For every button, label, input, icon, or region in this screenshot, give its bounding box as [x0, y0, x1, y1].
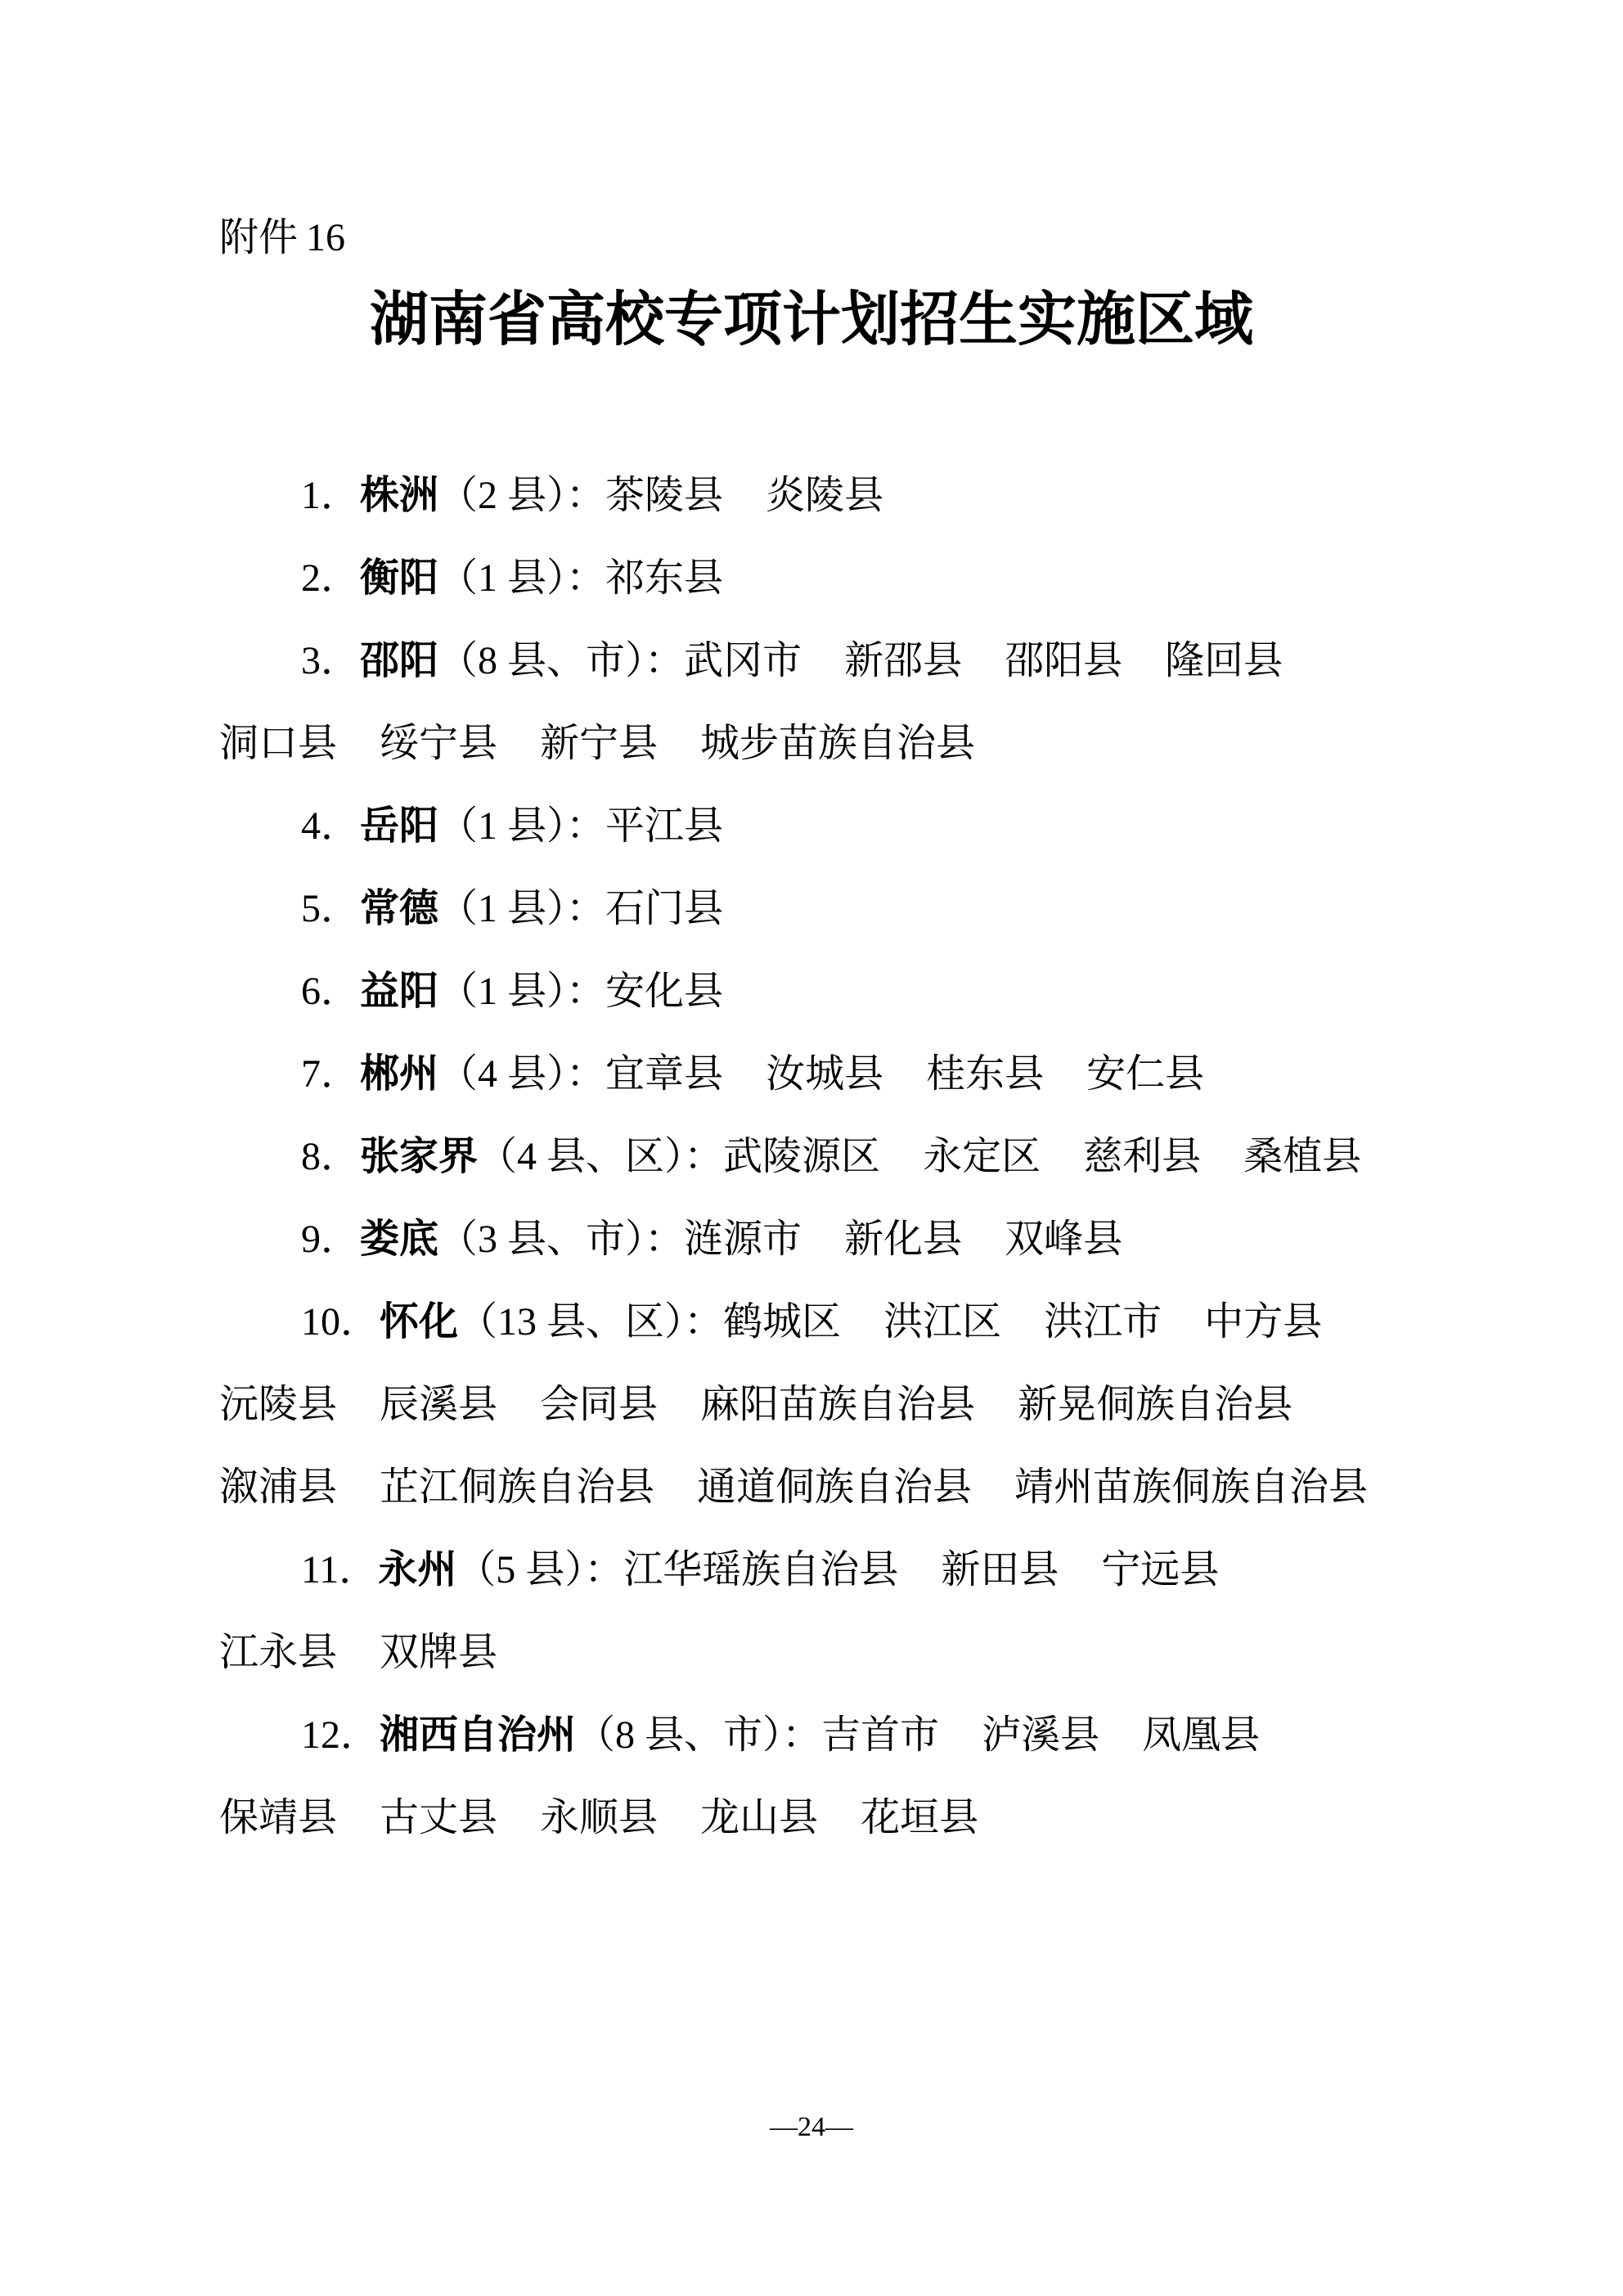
region-item: 12．湘西自治州（8 县、市）：吉首市泸溪县凤凰县保靖县古丈县永顺县龙山县花垣县 [219, 1694, 1414, 1859]
region-county-count: （1 县）： [438, 556, 605, 600]
region-city-name: 怀化 [380, 1299, 458, 1344]
county-name: 花垣县 [861, 1776, 978, 1859]
region-index: 9． [301, 1218, 360, 1261]
region-county-count: （1 县）： [438, 887, 605, 930]
county-name: 新化县 [844, 1198, 962, 1281]
county-name: 永定区 [923, 1115, 1041, 1198]
region-county-count: （5 县）： [456, 1548, 623, 1591]
region-heading-line: 11．永州（5 县）：江华瑶族自治县新田县宁远县 [219, 1528, 1414, 1611]
region-heading-line: 3．邵阳（8 县、市）：武冈市新邵县邵阳县隆回县 [219, 619, 1414, 702]
attachment-number: 16 [306, 216, 345, 259]
county-name: 双牌县 [380, 1611, 497, 1694]
region-city-name: 株洲 [360, 472, 438, 518]
county-name: 永顺县 [540, 1776, 658, 1859]
region-continuation-line: 洞口县绥宁县新宁县城步苗族自治县 [219, 702, 1414, 785]
county-name: 古丈县 [380, 1776, 497, 1859]
county-name: 通道侗族自治县 [697, 1446, 972, 1528]
region-item: 7．郴州（4 县）：宜章县汝城县桂东县安仁县 [219, 1033, 1414, 1115]
region-city-name: 益阳 [360, 968, 438, 1014]
region-city-name: 邵阳 [360, 637, 438, 683]
county-name: 安化县 [605, 950, 723, 1033]
county-name: 辰溪县 [380, 1363, 497, 1446]
region-county-count: （3 县、市）： [438, 1218, 684, 1261]
region-city-name: 张家界 [360, 1133, 478, 1179]
county-name: 涟源市 [684, 1198, 802, 1281]
region-heading-line: 5．常德（1 县）：石门县 [219, 867, 1414, 950]
region-index: 12． [301, 1713, 380, 1757]
county-name: 溆浦县 [219, 1446, 337, 1528]
region-city-name: 永州 [378, 1546, 456, 1592]
county-name: 中方县 [1204, 1281, 1322, 1363]
region-item: 10．怀化（13 县、区）：鹤城区洪江区洪江市中方县沅陵县辰溪县会同县麻阳苗族自… [219, 1281, 1414, 1528]
county-name: 保靖县 [219, 1776, 337, 1859]
county-name: 宁远县 [1101, 1528, 1219, 1611]
region-county-count: （2 县）： [438, 474, 605, 517]
attachment-label: 附件16 [219, 211, 345, 264]
county-name: 洪江市 [1044, 1281, 1162, 1363]
region-item: 3．邵阳（8 县、市）：武冈市新邵县邵阳县隆回县洞口县绥宁县新宁县城步苗族自治县 [219, 619, 1414, 785]
county-name: 新邵县 [844, 619, 962, 702]
county-name: 石门县 [605, 867, 723, 950]
county-name: 桂东县 [926, 1033, 1044, 1115]
region-continuation-line: 保靖县古丈县永顺县龙山县花垣县 [219, 1776, 1414, 1859]
region-heading-line: 2．衡阳（1 县）：祁东县 [219, 537, 1414, 619]
county-name: 洞口县 [219, 702, 337, 785]
region-index: 8． [301, 1135, 360, 1178]
page-number: —24— [0, 2107, 1623, 2148]
region-county-count: （4 县、区）： [478, 1135, 723, 1178]
document-title: 湖南省高校专项计划招生实施区域 [0, 280, 1623, 358]
region-index: 10． [301, 1300, 380, 1344]
county-name: 慈利县 [1083, 1115, 1201, 1198]
region-city-name: 岳阳 [360, 803, 438, 849]
region-heading-line: 12．湘西自治州（8 县、市）：吉首市泸溪县凤凰县 [219, 1694, 1414, 1776]
county-name: 靖州苗族侗族自治县 [1014, 1446, 1368, 1528]
region-heading-line: 4．岳阳（1 县）：平江县 [219, 785, 1414, 867]
county-name: 洪江区 [883, 1281, 1001, 1363]
region-index: 2． [301, 556, 360, 600]
county-name: 龙山县 [700, 1776, 818, 1859]
region-item: 11．永州（5 县）：江华瑶族自治县新田县宁远县江永县双牌县 [219, 1528, 1414, 1694]
county-name: 新晃侗族自治县 [1018, 1363, 1293, 1446]
county-name: 桑植县 [1243, 1115, 1361, 1198]
county-name: 麻阳苗族自治县 [700, 1363, 975, 1446]
county-name: 江永县 [219, 1611, 337, 1694]
county-name: 凤凰县 [1142, 1694, 1260, 1776]
county-name: 江华瑶族自治县 [623, 1528, 898, 1611]
region-heading-line: 6．益阳（1 县）：安化县 [219, 950, 1414, 1033]
county-name: 绥宁县 [380, 702, 497, 785]
region-county-count: （13 县、区）： [458, 1300, 723, 1344]
county-name: 吉首市 [821, 1694, 939, 1776]
region-heading-line: 1．株洲（2 县）：茶陵县炎陵县 [219, 454, 1414, 537]
region-index: 6． [301, 970, 360, 1013]
region-county-count: （8 县、市）： [438, 639, 684, 682]
county-name: 炎陵县 [766, 454, 883, 537]
county-name: 城步苗族自治县 [700, 702, 975, 785]
region-item: 8．张家界（4 县、区）：武陵源区永定区慈利县桑植县 [219, 1115, 1414, 1198]
region-heading-line: 9．娄底（3 县、市）：涟源市新化县双峰县 [219, 1198, 1414, 1281]
region-city-name: 衡阳 [360, 555, 438, 601]
region-index: 7． [301, 1052, 360, 1096]
county-name: 新宁县 [540, 702, 658, 785]
region-county-count: （8 县、市）： [576, 1713, 821, 1757]
region-index: 5． [301, 887, 360, 930]
attachment-label-text: 附件 [219, 214, 298, 260]
region-index: 4． [301, 804, 360, 848]
region-continuation-line: 溆浦县芷江侗族自治县通道侗族自治县靖州苗族侗族自治县 [219, 1446, 1414, 1528]
region-list: 1．株洲（2 县）：茶陵县炎陵县2．衡阳（1 县）：祁东县3．邵阳（8 县、市）… [219, 454, 1414, 1859]
county-name: 双峰县 [1005, 1198, 1122, 1281]
county-name: 邵阳县 [1005, 619, 1122, 702]
county-name: 新田县 [941, 1528, 1059, 1611]
region-index: 1． [301, 474, 360, 517]
county-name: 安仁县 [1086, 1033, 1204, 1115]
county-name: 鹤城区 [723, 1281, 841, 1363]
county-name: 平江县 [605, 785, 723, 867]
region-city-name: 湘西自治州 [380, 1712, 576, 1758]
region-city-name: 郴州 [360, 1051, 438, 1096]
region-item: 6．益阳（1 县）：安化县 [219, 950, 1414, 1033]
region-county-count: （1 县）： [438, 970, 605, 1013]
county-name: 隆回县 [1165, 619, 1283, 702]
region-item: 9．娄底（3 县、市）：涟源市新化县双峰县 [219, 1198, 1414, 1281]
region-city-name: 常德 [360, 885, 438, 931]
region-continuation-line: 沅陵县辰溪县会同县麻阳苗族自治县新晃侗族自治县 [219, 1363, 1414, 1446]
region-county-count: （1 县）： [438, 804, 605, 848]
county-name: 茶陵县 [605, 454, 723, 537]
region-item: 1．株洲（2 县）：茶陵县炎陵县 [219, 454, 1414, 537]
region-item: 5．常德（1 县）：石门县 [219, 867, 1414, 950]
region-item: 4．岳阳（1 县）：平江县 [219, 785, 1414, 867]
region-index: 3． [301, 639, 360, 682]
county-name: 沅陵县 [219, 1363, 337, 1446]
county-name: 祁东县 [605, 537, 723, 619]
county-name: 武陵源区 [723, 1115, 880, 1198]
region-city-name: 娄底 [360, 1216, 438, 1262]
region-index: 11． [301, 1548, 378, 1591]
county-name: 汝城县 [766, 1033, 883, 1115]
region-heading-line: 7．郴州（4 县）：宜章县汝城县桂东县安仁县 [219, 1033, 1414, 1115]
region-county-count: （4 县）： [438, 1052, 605, 1096]
region-heading-line: 8．张家界（4 县、区）：武陵源区永定区慈利县桑植县 [219, 1115, 1414, 1198]
county-name: 会同县 [540, 1363, 658, 1446]
county-name: 芷江侗族自治县 [380, 1446, 654, 1528]
county-name: 宜章县 [605, 1033, 723, 1115]
county-name: 武冈市 [684, 619, 802, 702]
region-continuation-line: 江永县双牌县 [219, 1611, 1414, 1694]
county-name: 泸溪县 [982, 1694, 1099, 1776]
region-item: 2．衡阳（1 县）：祁东县 [219, 537, 1414, 619]
region-heading-line: 10．怀化（13 县、区）：鹤城区洪江区洪江市中方县 [219, 1281, 1414, 1363]
